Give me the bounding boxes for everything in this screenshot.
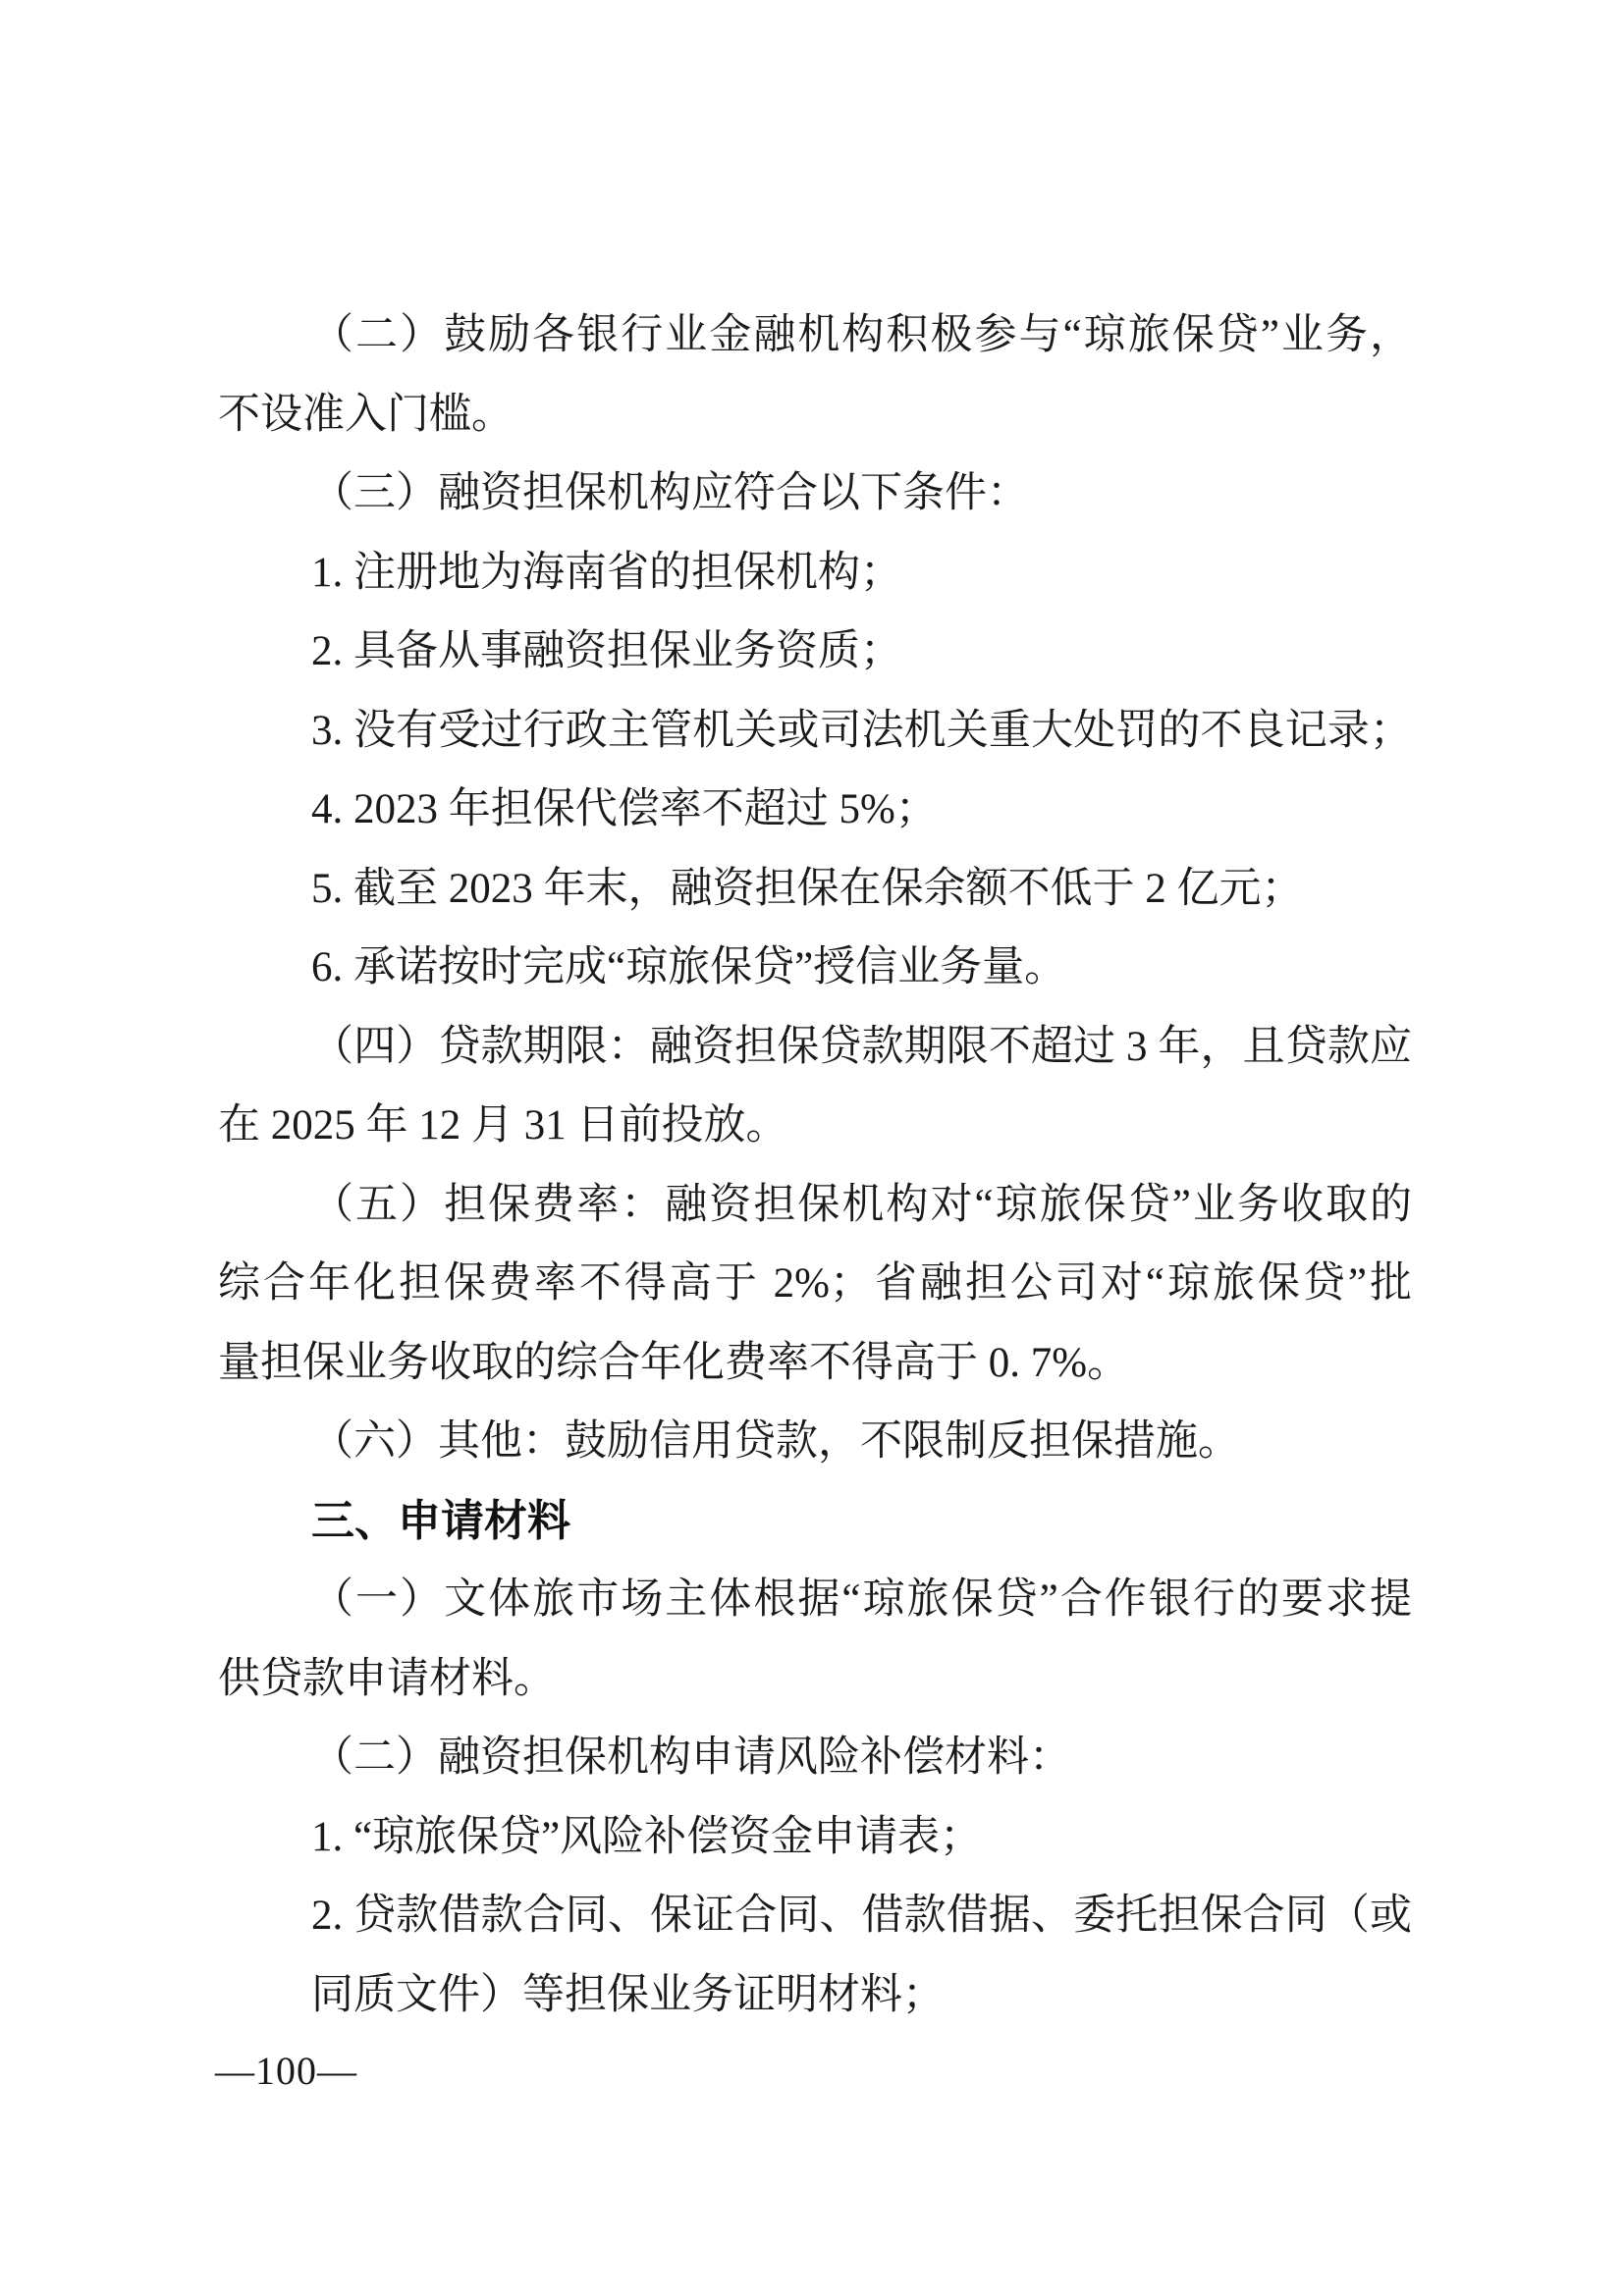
list-item-line: 5. 截至 2023 年末，融资担保在保余额不低于 2 亿元； (218, 850, 1412, 930)
text-line: 量担保业务收取的综合年化费率不得高于 0. 7%。 (218, 1324, 1412, 1404)
document-page: （二）鼓励各银行业金融机构积极参与“琼旅保贷”业务， 不设准入门槛。 （三）融资… (0, 0, 1624, 2296)
text-line: （三）融资担保机构应符合以下条件： (218, 454, 1412, 534)
text-line: （六）其他：鼓励信用贷款，不限制反担保措施。 (218, 1403, 1412, 1482)
text-line: 综合年化担保费率不得高于 2%；省融担公司对“琼旅保贷”批 (218, 1245, 1412, 1324)
list-item-line: 6. 承诺按时完成“琼旅保贷”授信业务量。 (218, 929, 1412, 1008)
list-item-line: 4. 2023 年担保代偿率不超过 5%； (218, 771, 1412, 850)
text-line: 供贷款申请材料。 (218, 1640, 1412, 1720)
list-item-line: 同质文件）等担保业务证明材料； (218, 1956, 1412, 2036)
list-item-line: 3. 没有受过行政主管机关或司法机关重大处罚的不良记录； (218, 692, 1412, 772)
text-line: 不设准入门槛。 (218, 376, 1412, 455)
document-text-block: （二）鼓励各银行业金融机构积极参与“琼旅保贷”业务， 不设准入门槛。 （三）融资… (218, 296, 1412, 2035)
list-item-line: 1. “琼旅保贷”风险补偿资金申请表； (218, 1798, 1412, 1878)
text-line: （二）鼓励各银行业金融机构积极参与“琼旅保贷”业务， (218, 296, 1412, 376)
text-line: （二）融资担保机构申请风险补偿材料： (218, 1719, 1412, 1798)
text-line: （四）贷款期限：融资担保贷款期限不超过 3 年，且贷款应 (218, 1008, 1412, 1088)
list-item-line: 2. 贷款借款合同、保证合同、借款借据、委托担保合同（或 (218, 1877, 1412, 1956)
text-line: （五）担保费率：融资担保机构对“琼旅保贷”业务收取的 (218, 1166, 1412, 1246)
section-heading: 三、申请材料 (218, 1482, 1412, 1562)
list-item-line: 1. 注册地为海南省的担保机构； (218, 534, 1412, 614)
text-line: 在 2025 年 12 月 31 日前投放。 (218, 1087, 1412, 1166)
text-line: （一）文体旅市场主体根据“琼旅保贷”合作银行的要求提 (218, 1561, 1412, 1640)
list-item-line: 2. 具备从事融资担保业务资质； (218, 613, 1412, 692)
page-number: —100— (215, 2044, 357, 2099)
